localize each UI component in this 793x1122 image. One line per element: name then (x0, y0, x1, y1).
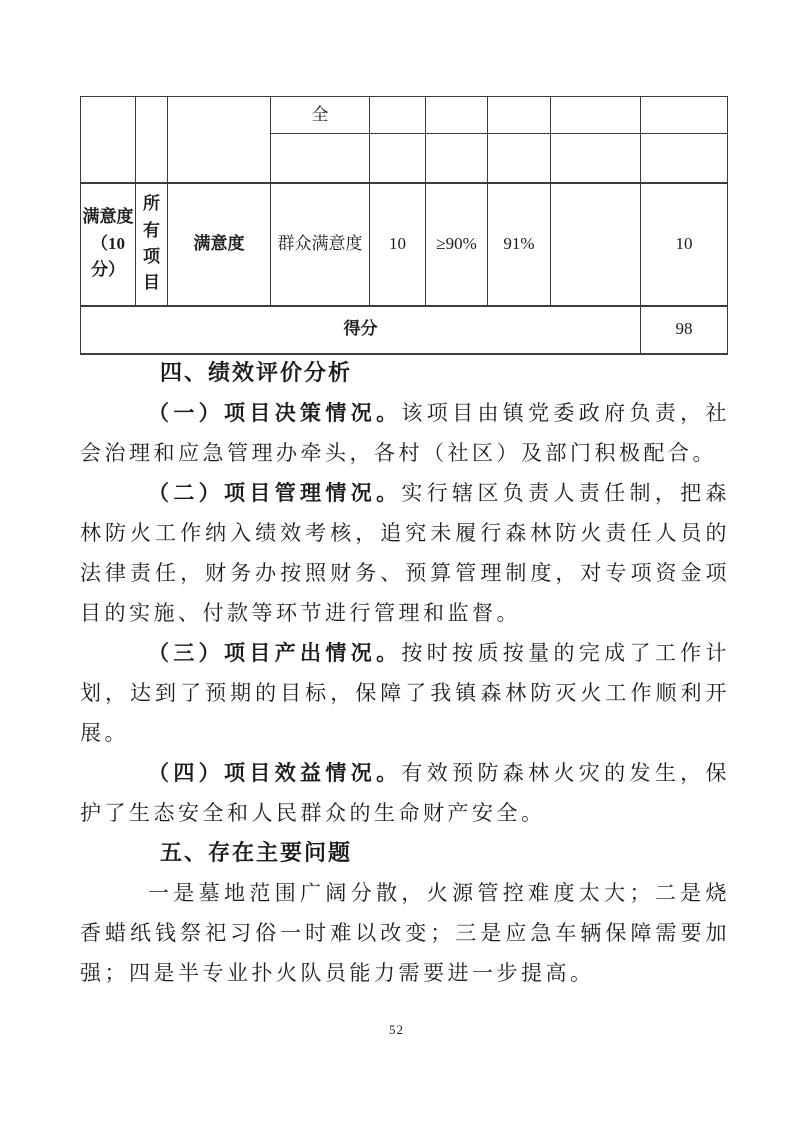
cell-empty-actual (488, 134, 551, 183)
cell-empty-actual (488, 97, 551, 134)
cell-empty-note (551, 97, 641, 134)
cell-empty-target (426, 97, 488, 134)
cell-empty-weight (370, 134, 426, 183)
cell-empty-level1 (81, 97, 136, 183)
cell-satisfaction-score: 10 (641, 183, 728, 306)
cell-empty-indicator (271, 134, 370, 183)
table-row: 全 (81, 97, 728, 134)
paragraph-management-lead: （二）项目管理情况。 (148, 481, 401, 505)
cell-empty-weight (370, 97, 426, 134)
cell-empty-score (641, 97, 728, 134)
paragraph-output-lead: （三）项目产出情况。 (148, 641, 401, 665)
cell-satisfaction-target: ≥90% (426, 183, 488, 306)
cell-total-value: 98 (641, 306, 728, 354)
cell-satisfaction-level1: 满意度 （10 分） (81, 183, 136, 306)
cell-empty-level2 (136, 97, 168, 183)
cell-satisfaction-note (551, 183, 641, 306)
section-heading-5: 五、存在主要问题 (80, 833, 730, 873)
cell-empty-level3 (168, 97, 271, 183)
cell-satisfaction-indicator: 群众满意度 (271, 183, 370, 306)
paragraph-decision-lead: （一）项目决策情况。 (148, 401, 401, 425)
cell-empty-target (426, 134, 488, 183)
paragraph-benefit-lead: （四）项目效益情况。 (148, 761, 401, 785)
section-heading-4: 四、绩效评价分析 (80, 353, 730, 393)
paragraph-decision: （一）项目决策情况。该项目由镇党委政府负责，社会治理和应急管理办牵头，各村（社区… (80, 393, 730, 473)
document-body: 四、绩效评价分析 （一）项目决策情况。该项目由镇党委政府负责，社会治理和应急管理… (80, 353, 730, 993)
paragraph-benefit: （四）项目效益情况。有效预防森林火灾的发生，保护了生态安全和人民群众的生命财产安… (80, 753, 730, 833)
cell-satisfaction-weight: 10 (370, 183, 426, 306)
paragraph-management: （二）项目管理情况。实行辖区负责人责任制，把森林防火工作纳入绩效考核，追究未履行… (80, 473, 730, 633)
table-row-satisfaction: 满意度 （10 分） 所有 项目 满意度 群众满意度 10 ≥90% 91% 1… (81, 183, 728, 306)
cell-satisfaction-level2: 所有 项目 (136, 183, 168, 306)
paragraph-output: （三）项目产出情况。按时按质按量的完成了工作计划，达到了预期的目标，保障了我镇森… (80, 633, 730, 753)
cell-indicator-tail: 全 (271, 97, 370, 134)
cell-satisfaction-actual: 91% (488, 183, 551, 306)
table-row-total-score: 得分 98 (81, 306, 728, 354)
evaluation-score-table: 全 满意度 （10 分） 所有 项目 满意度 群众满意度 10 ≥90% 91%… (80, 96, 728, 355)
page-number: 52 (0, 1022, 793, 1038)
cell-empty-note (551, 134, 641, 183)
cell-empty-score (641, 134, 728, 183)
cell-satisfaction-level3: 满意度 (168, 183, 271, 306)
cell-total-label: 得分 (81, 306, 641, 354)
paragraph-problems: 一是墓地范围广阔分散，火源管控难度太大；二是烧香蜡纸钱祭祀习俗一时难以改变；三是… (80, 873, 730, 993)
document-page: 全 满意度 （10 分） 所有 项目 满意度 群众满意度 10 ≥90% 91%… (0, 0, 793, 1122)
